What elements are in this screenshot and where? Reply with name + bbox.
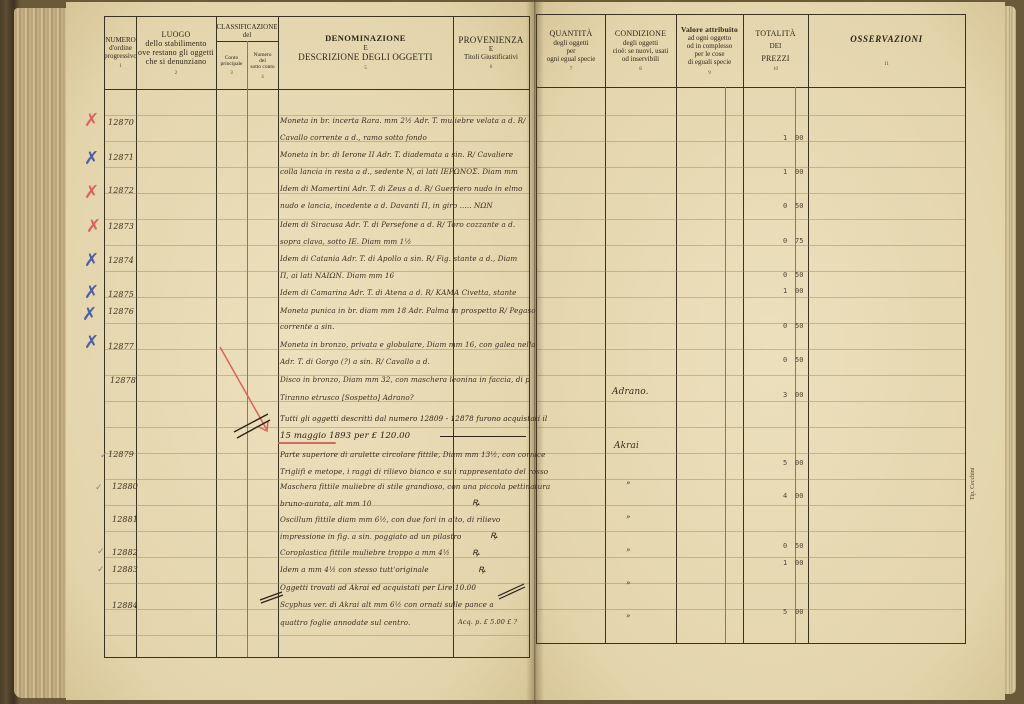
header-text: d'ordine [109,44,132,52]
row-rule [105,297,529,298]
red-x-mark: ✗ [84,112,99,130]
price-cent: 00 [795,559,803,567]
price-lire: 3 [783,391,787,399]
price-lire: 1 [783,168,787,176]
column-number: 11 [884,62,889,68]
row-rule [537,167,965,168]
double-slash-icon [496,582,526,600]
header-text: dello stabilimento [145,39,206,48]
header-text: od in complesso [687,42,733,50]
ditto-mark: » [626,478,631,487]
header-sotto-conto: Numero del sotto conto 4 [247,43,278,89]
price-cent: 00 [795,608,803,616]
price-cent: 50 [795,202,803,210]
blue-x-mark: ✗ [82,306,97,324]
header-text: PREZZI [761,54,789,63]
price-lire: 4 [783,492,787,500]
price-lire: 5 [783,459,787,467]
entry-description: Adr. T. di Gorgo (?) a sin. R/ Cavallo a… [280,357,430,366]
header-text: Titoli Giustificativi [464,53,518,61]
header-text: di eguali specie [688,58,732,66]
entry-description: bruno-aurata, alt mm 10 [280,499,372,508]
inventory-number: 12873 [108,222,134,231]
entry-description: Scyphus ver. di Akrai alt mm 6½ con orna… [280,600,494,609]
double-slash-icon [232,410,272,440]
row-rule [537,531,965,532]
entry-description: Moneta in br. incerta Rara. mm 2½ Adr. T… [280,116,526,125]
header-text: NUMERO [105,36,135,44]
header-valore: Valore attribuito ad ogni oggetto od in … [676,15,743,87]
header-text: ove restano gli oggetti [138,48,214,57]
price-cent: 50 [795,356,803,364]
header-text: progressivo [104,52,137,60]
header-text: Valore attribuito [681,26,738,35]
blue-x-mark: ✗ [84,252,99,270]
price-lire: 0 [783,202,787,210]
header-text: OSSERVAZIONI [850,34,922,44]
ditto-mark: » [626,512,631,521]
row-rule [537,323,965,324]
price-lire: 1 [783,134,787,142]
entry-description: Idem di Siracusa Adr. T. di Persefone a … [280,220,515,229]
row-rule [537,609,965,610]
entry-description: Moneta in br. di Ierone II Adr. T. diade… [280,150,513,159]
column-divider [743,15,744,643]
price-lire: 5 [783,608,787,616]
inventory-number: 12877 [108,342,134,351]
header-text: per [567,47,576,55]
inventory-number: 12872 [108,186,134,195]
entry-description: Cavallo corrente a d., ramo sotto fondo [280,133,427,142]
check-mark: ✓ [95,482,103,493]
column-number: 5 [364,66,367,72]
row-rule [537,375,965,376]
provenance-ditto-mark: ꝶ [472,544,480,558]
acquisition-note: Oggetti trovati ad Akrai ed acquistati p… [280,583,476,592]
row-rule [537,479,965,480]
red-x-mark: ✗ [86,218,101,236]
inventory-number: 12876 [108,307,134,316]
header-text: E [489,45,493,53]
column-divider [676,15,677,643]
acquisition-note: Tutti gli oggetti descritti dal numero 1… [280,414,547,423]
header-text: sotto conto [250,64,274,70]
header-numero: NUMERO d'ordine progressivo 1 [105,17,136,89]
header-text: degli oggetti [553,39,588,47]
column-number: 3 [230,71,233,77]
left-ledger-table: NUMERO d'ordine progressivo 1 LUOGO dell… [104,16,530,658]
entry-description: Idem di Mamertini Adr. T. di Zeus a d. R… [280,184,523,193]
row-rule [537,453,965,454]
price-cent: 50 [795,271,803,279]
header-condizione: CONDIZIONE degli oggetti cioè: se nuovi,… [605,15,676,87]
price-lire: 0 [783,271,787,279]
ditto-mark: » [626,545,631,554]
entry-description: impressione in fig. a sin. poggiato ad u… [280,532,461,541]
column-number: 4 [261,75,264,81]
header-text: ogni egual specie [547,55,596,63]
header-luogo: LUOGO dello stabilimento ove restano gli… [136,17,216,89]
right-ledger-table: QUANTITÀ degli oggetti per ogni egual sp… [536,14,966,644]
total-rule [440,436,526,437]
price-cent: 00 [795,134,803,142]
price-lire: 0 [783,237,787,245]
left-page-edges [14,8,68,698]
row-rule [105,635,529,636]
column-number: 1 [119,64,122,70]
row-rule [105,557,529,558]
header-text: cioè: se nuovi, usati [613,47,669,55]
header-quantita: QUANTITÀ degli oggetti per ogni egual sp… [537,15,605,87]
header-text: CLASSIFICAZIONE del [216,23,278,39]
entry-description: Moneta punica in br. diam mm 18 Adr. Pal… [280,306,536,315]
entry-description: Tiranno etrusco [Sospetto] Adrano? [280,393,414,402]
header-text: DENOMINAZIONE [325,34,406,44]
column-number: 8 [639,67,642,73]
column-number: 2 [175,71,178,77]
header-osservazioni: OSSERVAZIONI 11 [808,15,965,87]
provenance-ditto-mark: ꝶ [478,561,486,575]
row-rule [105,427,529,428]
check-mark: ✓ [97,564,105,575]
check-mark: ✓ [100,450,108,461]
inventory-number: 12878 [110,376,136,385]
inventory-number: 12881 [112,515,138,524]
row-rule [537,115,965,116]
entry-description: Idem di Catania Adr. T. di Apollo a sin.… [280,254,517,263]
header-text: CONDIZIONE [615,29,666,38]
entry-description: Maschera fittile muliebre di stile grand… [280,482,550,491]
price-cent: 75 [795,237,803,245]
header-text: degli oggetti [623,39,658,47]
entry-description: corrente a sin. [280,322,335,331]
entry-description: Disco in bronzo, Diam mm 32, con mascher… [280,375,530,384]
acquisition-total: 15 maggio 1893 per £ 120.00 [280,431,410,441]
row-rule [537,583,965,584]
column-divider [136,17,137,657]
price-cent: 00 [795,391,803,399]
price-cent: 00 [795,492,803,500]
header-text: DESCRIZIONE DEGLI OGGETTI [298,52,432,62]
header-denominazione: DENOMINAZIONE E DESCRIZIONE DEGLI OGGETT… [278,17,453,89]
price-cent: 00 [795,168,803,176]
red-underline [278,442,336,444]
column-divider [278,17,279,657]
column-number: 10 [773,67,778,73]
row-rule [537,297,965,298]
red-x-mark: ✗ [84,184,99,202]
header-text: PROVENIENZA [458,35,523,45]
column-number: 7 [570,67,573,73]
row-rule [105,609,529,610]
row-rule [537,245,965,246]
row-rule [537,271,965,272]
quantita-note: Adrano. [612,387,649,397]
left-header-row: NUMERO d'ordine progressivo 1 LUOGO dell… [105,17,529,90]
acquisition-price-note: Acq. p. £ 5.00 £ ? [458,618,517,626]
inventory-number: 12870 [108,118,134,127]
row-rule [105,193,529,194]
provenance-ditto-mark: ꝶ [472,494,480,508]
column-divider [605,15,606,643]
inventory-number: 12883 [112,565,138,574]
blue-x-mark: ✗ [84,284,99,302]
entry-description: colla lancia in resta a d., sedente N, a… [280,167,518,176]
provenance-ditto-mark: ꝶ [490,527,498,541]
price-lire: 1 [783,287,787,295]
header-text: TOTALITÀ [755,29,795,38]
header-text: od inservibili [622,55,659,63]
row-rule [537,349,965,350]
entry-description: nudo e lancia, incedente a d. Davanti Π,… [280,201,493,210]
header-text: QUANTITÀ [550,29,593,38]
entry-description: Parte superiore di arulette circolare fi… [280,450,546,459]
ditto-mark: » [626,611,631,620]
row-rule [537,505,965,506]
entry-description: Triglifi e metope, i raggi di rilievo bi… [280,467,548,476]
price-lire: 0 [783,322,787,330]
entry-description: quattro foglie annodate sul centro. [280,618,410,627]
blue-x-mark: ✗ [84,334,99,352]
quantita-note: Akrai [614,441,639,451]
ditto-mark: » [626,578,631,587]
header-totalita: TOTALITÀ DEI PREZZI 10 [743,15,808,87]
price-lire: 1 [783,559,787,567]
blue-x-mark: ✗ [84,150,99,168]
price-cent: 50 [795,322,803,330]
entry-description: sopra clava, sotto ΙΕ. Diam mm 1½ [280,237,411,246]
header-conto-principale: Conto principale 3 [216,43,247,89]
header-text: DEI [770,42,782,50]
inventory-number: 12871 [108,153,134,162]
book-spread: NUMERO d'ordine progressivo 1 LUOGO dell… [0,0,1024,704]
column-number: 6 [490,65,493,71]
header-text: E [363,44,367,52]
inventory-number: 12875 [108,290,134,299]
entry-description: Oscillum fittile diam mm 6½, con due for… [280,515,500,524]
inventory-number: 12884 [112,601,138,610]
row-rule [537,141,965,142]
entry-description: Idem di Camarina Adr. T. di Atena a d. R… [280,288,517,297]
header-text: principale [221,61,243,67]
check-mark: ✓ [97,546,105,557]
price-lire: 0 [783,356,787,364]
price-cent: 50 [795,542,803,550]
inventory-number: 12880 [112,482,138,491]
row-rule [537,219,965,220]
entry-description: Idem a mm 4½ con stesso tutt'originale [280,565,429,574]
right-header-row: QUANTITÀ degli oggetti per ogni egual sp… [537,15,965,88]
inventory-number: 12882 [112,548,138,557]
entry-description: Moneta in bronzo, privata e globulare, D… [280,340,536,349]
row-rule [537,557,965,558]
printer-mark: Tip. Cecchini [970,468,976,500]
header-text: LUOGO [162,30,191,39]
entry-description: Π, ai lati ΝΑΙΩΝ. Diam mm 16 [280,271,394,280]
row-rule [537,427,965,428]
column-divider [808,15,809,643]
entry-description: Coroplastica fittile muliebre troppo a m… [280,548,450,557]
header-provenienza: PROVENIENZA E Titoli Giustificativi 6 [453,17,529,89]
column-number: 9 [708,71,711,77]
price-cent: 00 [795,287,803,295]
row-rule [537,193,965,194]
header-text: per le cose [695,50,725,58]
row-rule [105,349,529,350]
column-divider [216,17,217,657]
row-rule [537,401,965,402]
header-text: che si denunziano [146,57,207,66]
column-divider [725,87,726,643]
header-text: ad ogni oggetto [688,34,732,42]
price-cent: 00 [795,459,803,467]
column-divider [453,17,454,657]
row-rule [105,479,529,480]
price-lire: 0 [783,542,787,550]
inventory-number: 12879 [108,450,134,459]
inventory-number: 12874 [108,256,134,265]
